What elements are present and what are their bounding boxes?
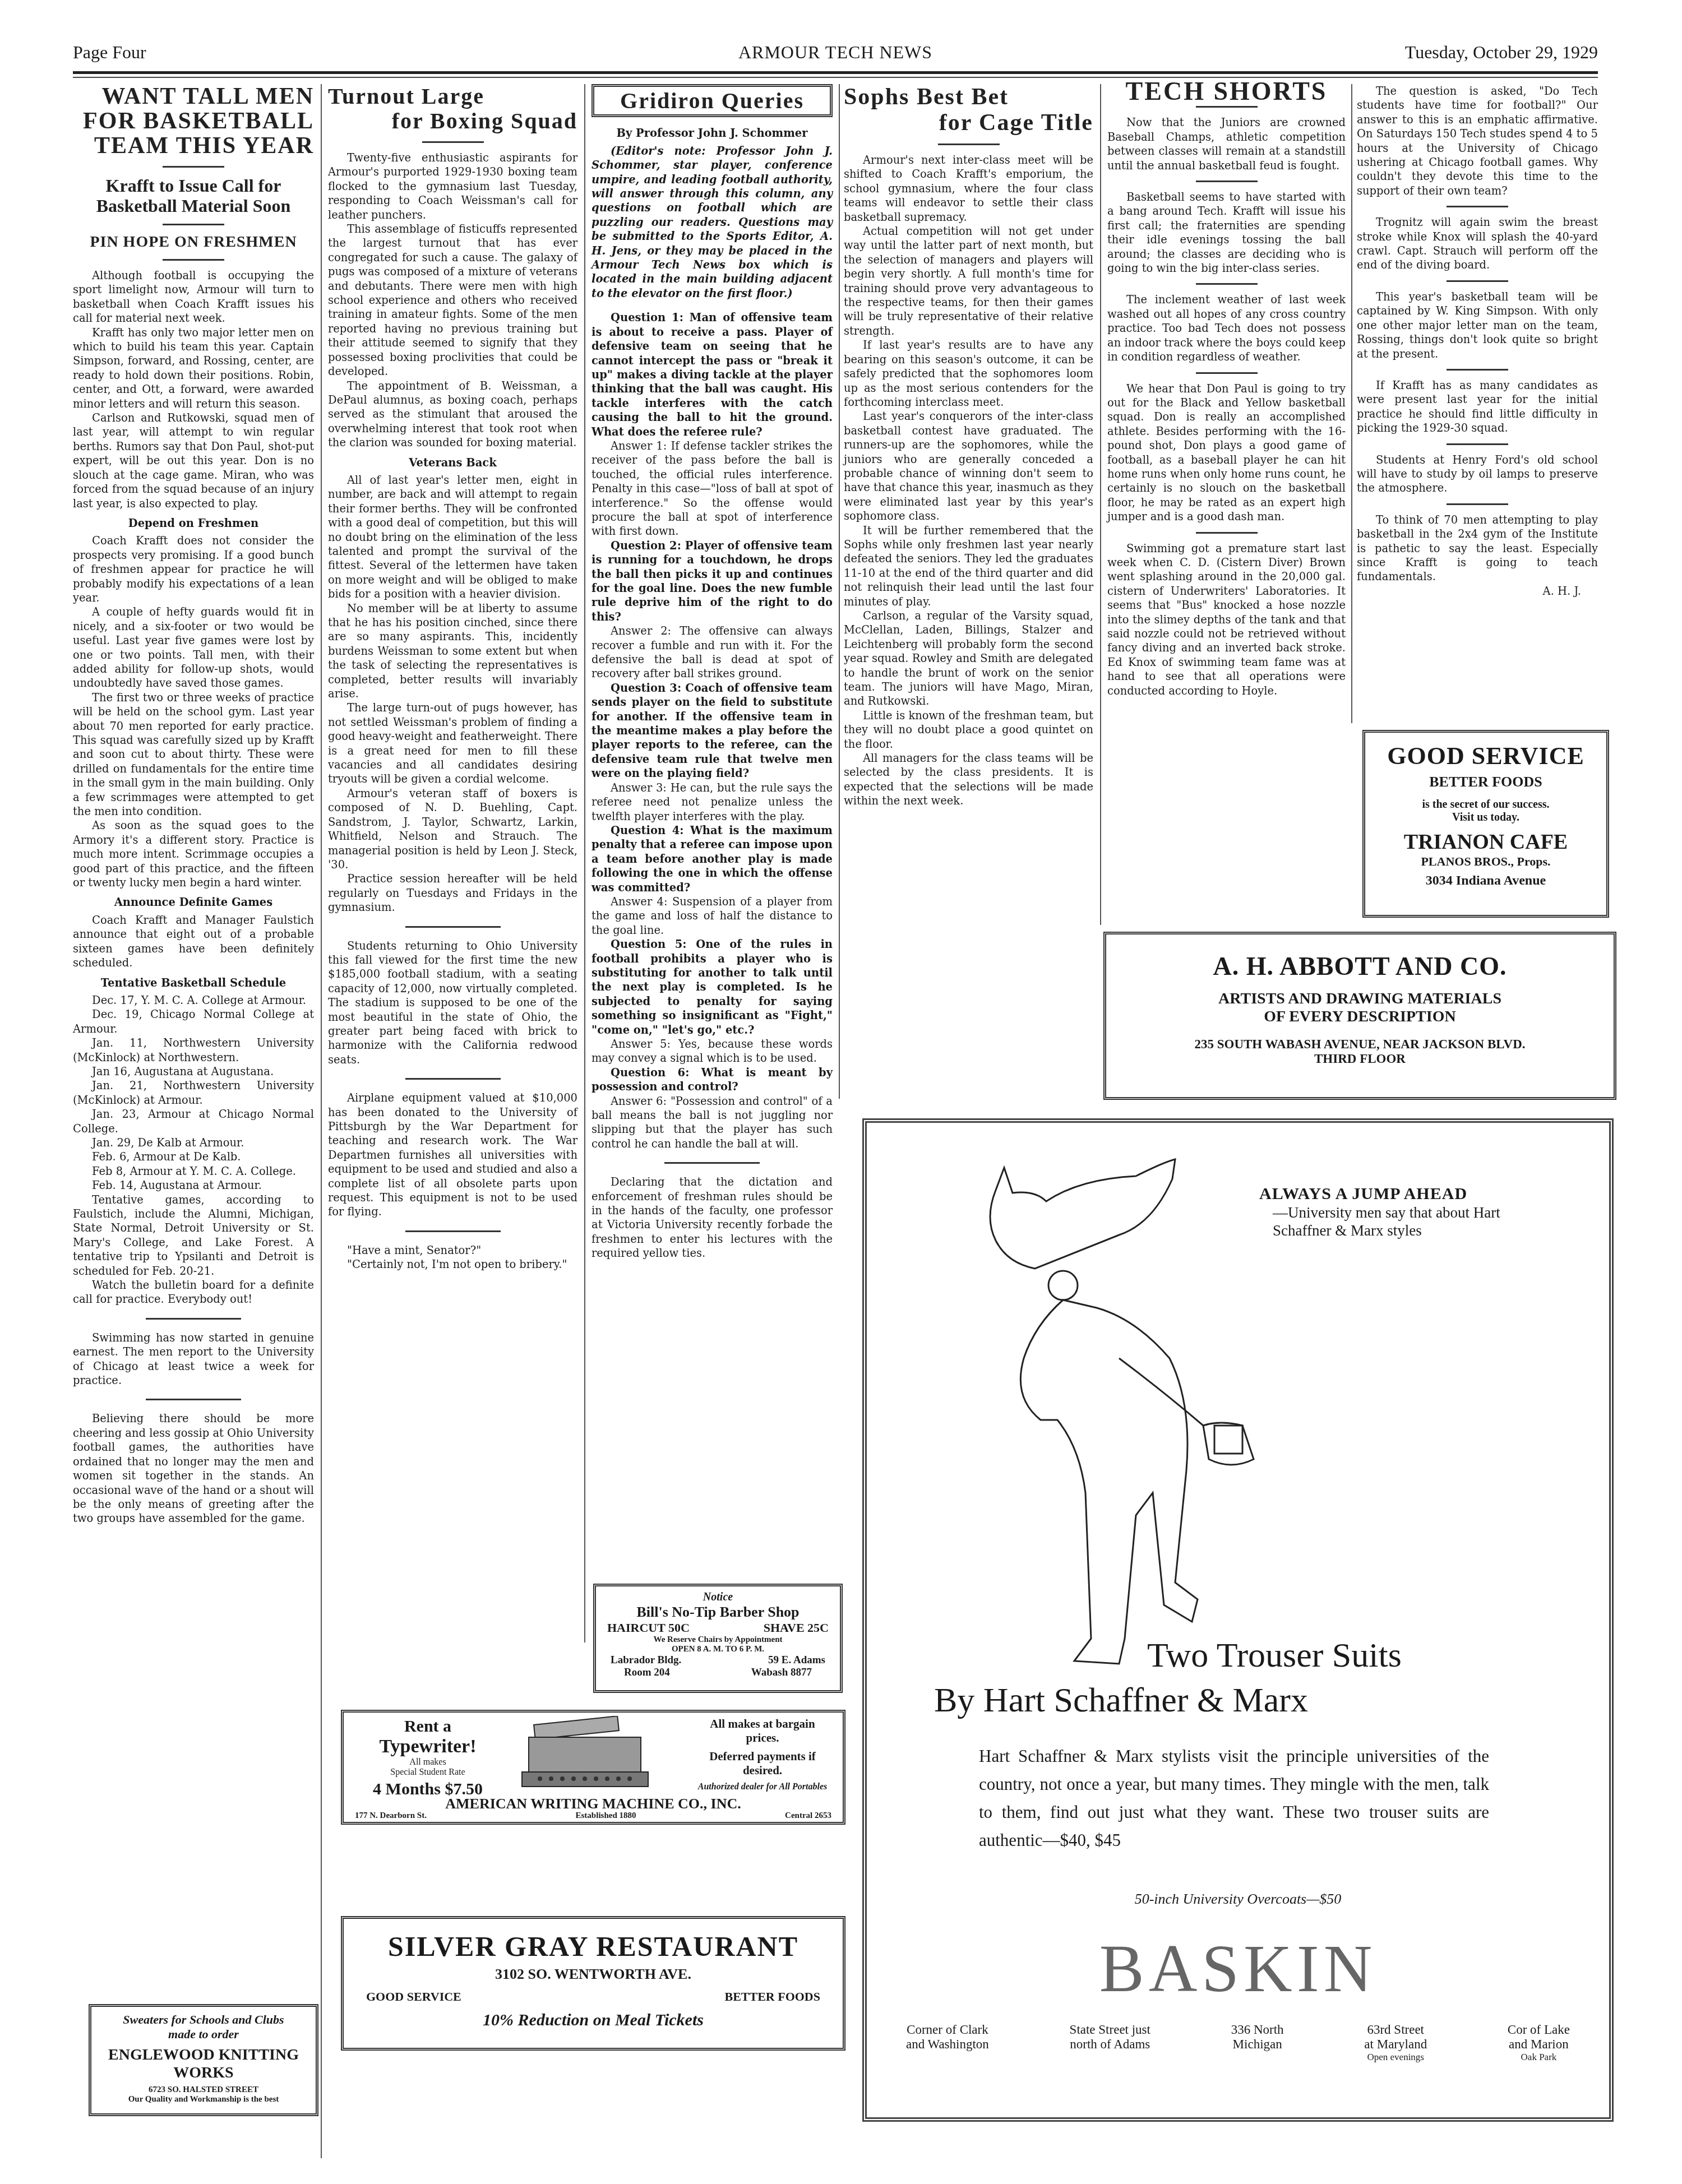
schedule-item: Jan. 23, Armour at Chicago Normal Colleg…	[73, 1107, 314, 1136]
question: Question 6: What is meant by possession …	[592, 1066, 833, 1094]
ad-headline: Two Trouser Suits	[1147, 1636, 1402, 1676]
paragraph: The large turn-out of pugs however, has …	[328, 701, 577, 786]
separator	[146, 1318, 241, 1320]
paragraph: Little is known of the freshman team, bu…	[844, 709, 1093, 751]
paragraph: Watch the bulletin board for a definite …	[73, 1278, 314, 1307]
ad-headline: Rent a	[355, 1717, 501, 1736]
paragraph: Practice session hereafter will be held …	[328, 872, 577, 914]
short-item: To think of 70 men attempting to play ba…	[1357, 513, 1598, 584]
separator	[146, 1399, 241, 1400]
schedule-item: Jan. 11, Northwestern University (McKinl…	[73, 1036, 314, 1065]
short-item: The inclement weather of last week washe…	[1107, 293, 1346, 364]
paragraph: Carlson, a regular of the Varsity squad,…	[844, 609, 1093, 709]
answer: Answer 6: "Possession and control" of a …	[592, 1094, 833, 1151]
man-and-dog-illustration	[951, 1156, 1299, 1706]
paragraph: As soon as the squad goes to the Armory …	[73, 818, 314, 890]
subheading: Depend on Freshmen	[73, 516, 314, 530]
ad-notice: Notice	[602, 1591, 834, 1604]
paragraph: Armour's veteran staff of boxers is comp…	[328, 786, 577, 872]
address-row: Room 204 Wabash 8877	[602, 1667, 834, 1679]
article-headline: Gridiron Queries	[597, 94, 828, 108]
ad-business-name: WORKS	[98, 2064, 309, 2082]
paragraph: Twenty-five enthusiastic aspirants for A…	[328, 151, 577, 222]
ad-business-name: BASKIN	[867, 1930, 1609, 2007]
headline-line: Turnout Large	[328, 84, 577, 109]
ad-building: Labrador Bldg.	[611, 1654, 681, 1667]
column-divider	[321, 84, 322, 2158]
answer: Answer 1: If defense tackler strikes the…	[592, 439, 833, 539]
ad-headline: GOOD SERVICE	[1371, 742, 1601, 770]
ad-phone: Wabash 8877	[751, 1667, 812, 1679]
paragraph: Tentative games, according to Faulstich,…	[73, 1193, 314, 1278]
paragraph: Although football is occupying the sport…	[73, 269, 314, 326]
schedule-title: Tentative Basketball Schedule	[73, 976, 314, 990]
question: Question 4: What is the maximum penalty …	[592, 823, 833, 895]
masthead-rule-thin	[73, 77, 1598, 78]
ad-tagline: ALWAYS A JUMP AHEAD	[1259, 1184, 1517, 1204]
subheading: Announce Definite Games	[73, 895, 314, 909]
paragraph: Armour's next inter-class meet will be s…	[844, 153, 1093, 224]
schedule-item: Feb. 14, Augustana at Armour.	[73, 1178, 314, 1192]
store-location: State Street justnorth of Adams	[1070, 2023, 1150, 2063]
column-divider	[584, 84, 585, 1642]
ad-hours: OPEN 8 A. M. TO 6 P. M.	[602, 1645, 834, 1654]
ad-address: 6723 SO. HALSTED STREET	[98, 2085, 309, 2095]
boxing-article: Turnout Large for Boxing Squad Twenty-fi…	[328, 84, 577, 1272]
paragraph: If last year's results are to have any b…	[844, 338, 1093, 409]
ad-business-name: SILVER GRAY RESTAURANT	[355, 1930, 831, 1963]
separator	[1447, 369, 1508, 371]
separator	[1196, 106, 1258, 108]
answer: Answer 2: The offensive can always recov…	[592, 624, 833, 681]
paragraph: Carlson and Rutkowski, squad men of last…	[73, 411, 314, 511]
separator	[163, 224, 224, 225]
basketball-article: WANT TALL MEN FOR BASKETBALL TEAM THIS Y…	[73, 84, 314, 1526]
masthead-rule	[73, 71, 1598, 74]
haircut-price: HAIRCUT 50C	[607, 1621, 690, 1635]
silver-gray-restaurant-ad: SILVER GRAY RESTAURANT 3102 SO. WENTWORT…	[341, 1916, 845, 2051]
ad-line: GOOD SERVICE	[366, 1989, 461, 2004]
ad-address: 235 SOUTH WABASH AVENUE, NEAR JACKSON BL…	[1117, 1037, 1602, 1052]
ad-phone: Central 2653	[785, 1811, 831, 1821]
schedule-item: Jan. 29, De Kalb at Armour.	[73, 1136, 314, 1150]
ad-address: 59 E. Adams	[768, 1654, 825, 1667]
ad-business-name: Bill's No-Tip Barber Shop	[602, 1604, 834, 1621]
schedule-item: Jan 16, Augustana at Augustana.	[73, 1065, 314, 1079]
paragraph: Last year's conquerors of the inter-clas…	[844, 409, 1093, 523]
swimming-item: Swimming has now started in genuine earn…	[73, 1331, 314, 1388]
column-divider	[1100, 84, 1101, 925]
ad-body: Hart Schaffner & Marx stylists visit the…	[979, 1742, 1489, 1854]
ad-line: BETTER FOODS	[1371, 774, 1601, 790]
paragraph: Declaring that the dictation and enforce…	[592, 1175, 833, 1260]
schedule-item: Feb 8, Armour at Y. M. C. A. College.	[73, 1164, 314, 1178]
joke-line: "Certainly not, I'm not open to bribery.…	[328, 1257, 577, 1271]
ad-business-name: ENGLEWOOD KNITTING	[98, 2046, 309, 2064]
store-locations: Corner of Clarkand Washington State Stre…	[906, 2023, 1570, 2063]
short-item: Students at Henry Ford's old school will…	[1357, 453, 1598, 496]
ad-subtagline: —University men say that about Hart Scha…	[1259, 1204, 1517, 1239]
paragraph: All managers for the class teams will be…	[844, 751, 1093, 808]
ad-line: Deferred payments if desired.	[692, 1750, 833, 1778]
gridiron-queries-column: Gridiron Queries By Professor John J. Sc…	[592, 84, 833, 1261]
baskin-hart-schaffner-marx-ad: ALWAYS A JUMP AHEAD —University men say …	[862, 1118, 1614, 2122]
separator	[664, 1162, 760, 1164]
ad-line: is the secret of our success.	[1371, 798, 1601, 811]
article-headline: TECH SHORTS	[1107, 84, 1346, 98]
separator	[938, 144, 1000, 145]
ad-address: 177 N. Dearborn St.	[355, 1811, 427, 1821]
short-item: Trognitz will again swim the breast stro…	[1357, 215, 1598, 272]
ohio-item: Believing there should be more cheering …	[73, 1412, 314, 1525]
masthead: Page Four ARMOUR TECH NEWS Tuesday, Octo…	[73, 42, 1598, 70]
ad-tagline: Our Quality and Workmanship is the best	[98, 2095, 309, 2104]
article-deck: Krafft to Issue Call for Basketball Mate…	[73, 175, 314, 216]
ad-line: All makes at bargain prices.	[692, 1717, 833, 1745]
ad-line: All makes	[355, 1757, 501, 1767]
separator	[163, 166, 224, 168]
shave-price: SHAVE 25C	[764, 1621, 829, 1635]
separator	[1196, 372, 1258, 374]
barber-shop-ad: Notice Bill's No-Tip Barber Shop HAIRCUT…	[593, 1584, 843, 1693]
short-item: Basketball seems to have started with a …	[1107, 190, 1346, 275]
headline-line: Sophs Best Bet	[844, 84, 1093, 110]
separator	[163, 259, 224, 261]
trianon-cafe-ad: GOOD SERVICE BETTER FOODS is the secret …	[1362, 730, 1609, 918]
separator	[1196, 532, 1258, 534]
separator	[1447, 503, 1508, 505]
ad-footer-row: 177 N. Dearborn St. Established 1880 Cen…	[355, 1811, 831, 1821]
typewriter-rental-ad: Rent a Typewriter! All makes Special Stu…	[341, 1710, 845, 1825]
ad-headline: By Hart Schaffner & Marx	[934, 1681, 1308, 1720]
answer: Answer 4: Suspension of a player from th…	[592, 895, 833, 937]
editors-note: (Editor's note: Professor John J. Schomm…	[592, 144, 833, 300]
separator	[405, 1078, 501, 1080]
ad-line: Authorized dealer for All Portables	[692, 1782, 833, 1792]
short-item: The question is asked, "Do Tech students…	[1357, 84, 1598, 198]
address-row: Labrador Bldg. 59 E. Adams	[602, 1654, 834, 1667]
tech-shorts-column: TECH SHORTS Now that the Juniors are cro…	[1107, 84, 1346, 698]
question: Question 2: Player of offensive team is …	[592, 539, 833, 624]
column-divider	[1351, 84, 1352, 723]
joke-line: "Have a mint, Senator?"	[328, 1243, 577, 1257]
ad-line: Special Student Rate	[355, 1767, 501, 1778]
paragraph: No member will be at liberty to assume t…	[328, 601, 577, 701]
short-item: Swimming got a premature start last week…	[1107, 542, 1346, 698]
answer: Answer 3: He can, but the rule says the …	[592, 781, 833, 823]
ad-business-name: AMERICAN WRITING MACHINE CO., INC.	[344, 1796, 843, 1812]
ad-line: OF EVERY DESCRIPTION	[1117, 1008, 1602, 1026]
short-item: If Krafft has as many candidates as were…	[1357, 378, 1598, 436]
separator	[405, 926, 501, 928]
byline: By Professor John J. Schommer	[592, 126, 833, 140]
store-location: Cor of Lakeand MarionOak Park	[1508, 2023, 1570, 2063]
newspaper-title: ARMOUR TECH NEWS	[73, 42, 1598, 63]
abbott-art-supplies-ad: A. H. ABBOTT AND CO. ARTISTS AND DRAWING…	[1103, 932, 1616, 1100]
article-subdeck: PIN HOPE ON FRESHMEN	[73, 233, 314, 251]
ad-right-block: All makes at bargain prices. Deferred pa…	[692, 1717, 833, 1792]
ad-line: Visit us today.	[1371, 811, 1601, 824]
short-item: This year's basketball team will be capt…	[1357, 290, 1598, 361]
separator	[1447, 206, 1508, 207]
headline-line: for Cage Title	[844, 110, 1093, 136]
paragraph: Students returning to Ohio University th…	[328, 939, 577, 1067]
short-item: Now that the Juniors are crowned Basebal…	[1107, 115, 1346, 173]
ad-line: BETTER FOODS	[724, 1989, 820, 2004]
ad-left-block: Rent a Typewriter! All makes Special Stu…	[355, 1717, 501, 1799]
subheading: Veterans Back	[328, 456, 577, 470]
ad-floor: THIRD FLOOR	[1117, 1052, 1602, 1066]
issue-date: Tuesday, October 29, 1929	[1405, 42, 1598, 63]
article-headline: Sophs Best Bet for Cage Title	[844, 84, 1093, 136]
author-signature: A. H. J.	[1357, 584, 1598, 598]
sophs-article: Sophs Best Bet for Cage Title Armour's n…	[844, 84, 1093, 808]
separator	[1447, 443, 1508, 445]
ad-tagline-block: ALWAYS A JUMP AHEAD —University men say …	[1259, 1184, 1517, 1239]
typewriter-icon	[512, 1716, 663, 1794]
short-item: We hear that Don Paul is going to try ou…	[1107, 382, 1346, 524]
paragraph: A couple of hefty guards would fit in ni…	[73, 605, 314, 690]
separator	[422, 141, 484, 143]
paragraph: All of last year's letter men, eight in …	[328, 473, 577, 601]
paragraph: This assemblage of fisticuffs represente…	[328, 222, 577, 378]
ad-promo: 10% Reduction on Meal Tickets	[355, 2011, 831, 2030]
ad-established: Established 1880	[576, 1811, 636, 1821]
ad-row: GOOD SERVICE BETTER FOODS	[355, 1989, 831, 2004]
headline-line: TEAM THIS YEAR	[73, 133, 314, 158]
paragraph: Krafft has only two major letter men on …	[73, 326, 314, 411]
ad-overcoats-price: 50-inch University Overcoats—$50	[867, 1891, 1609, 1908]
paragraph: It will be further remembered that the S…	[844, 524, 1093, 609]
column-divider	[839, 84, 840, 1099]
column-title-box: Gridiron Queries	[592, 84, 833, 117]
separator	[1196, 181, 1258, 182]
ad-line: ARTISTS AND DRAWING MATERIALS	[1117, 990, 1602, 1008]
price-row: HAIRCUT 50C SHAVE 25C	[602, 1621, 834, 1635]
paragraph: The first two or three weeks of practice…	[73, 691, 314, 819]
headline-line: FOR BASKETBALL	[73, 109, 314, 133]
store-location: 63rd Streetat MarylandOpen evenings	[1364, 2023, 1427, 2063]
paragraph: Airplane equipment valued at $10,000 has…	[328, 1091, 577, 1219]
answer: Answer 5: Yes, because these words may c…	[592, 1037, 833, 1066]
headline-line: WANT TALL MEN	[73, 84, 314, 109]
schedule-item: Dec. 17, Y. M. C. A. College at Armour.	[73, 993, 314, 1007]
paragraph: Coach Krafft and Manager Faulstich annou…	[73, 913, 314, 970]
ad-business-name: A. H. ABBOTT AND CO.	[1117, 951, 1602, 981]
separator	[1196, 283, 1258, 285]
headline-line: for Boxing Squad	[328, 109, 577, 133]
schedule-item: Feb. 6, Armour at De Kalb.	[73, 1150, 314, 1164]
store-location: 336 NorthMichigan	[1231, 2023, 1284, 2063]
article-headline: WANT TALL MEN FOR BASKETBALL TEAM THIS Y…	[73, 84, 314, 158]
ad-room: Room 204	[624, 1667, 670, 1679]
ad-headline: Typewriter!	[355, 1736, 501, 1757]
paragraph: The appointment of B. Weissman, a DePaul…	[328, 379, 577, 450]
ad-line: Sweaters for Schools and Clubs	[98, 2012, 309, 2027]
ad-line: PLANOS BROS., Props.	[1371, 854, 1601, 869]
separator	[1447, 280, 1508, 282]
ad-address: 3034 Indiana Avenue	[1371, 873, 1601, 889]
question: Question 3: Coach of offensive team send…	[592, 681, 833, 781]
article-headline: Turnout Large for Boxing Squad	[328, 84, 577, 133]
separator	[405, 1230, 501, 1232]
schedule-item: Dec. 19, Chicago Normal College at Armou…	[73, 1007, 314, 1036]
ad-business-name: TRIANON CAFE	[1371, 830, 1601, 854]
paragraph: Actual competition will not get under wa…	[844, 224, 1093, 338]
ad-line: made to order	[98, 2027, 309, 2042]
ad-line: We Reserve Chairs by Appointment	[602, 1635, 834, 1645]
schedule-item: Jan. 21, Northwestern University (McKinl…	[73, 1079, 314, 1107]
question: Question 1: Man of offensive team is abo…	[592, 311, 833, 439]
englewood-knitting-ad: Sweaters for Schools and Clubs made to o…	[89, 2004, 318, 2116]
question: Question 5: One of the rules in football…	[592, 937, 833, 1037]
store-location: Corner of Clarkand Washington	[906, 2023, 989, 2063]
tech-shorts-continued: The question is asked, "Do Tech students…	[1357, 84, 1598, 598]
ad-address: 3102 SO. WENTWORTH AVE.	[355, 1966, 831, 1983]
paragraph: Coach Krafft does not consider the prosp…	[73, 534, 314, 605]
